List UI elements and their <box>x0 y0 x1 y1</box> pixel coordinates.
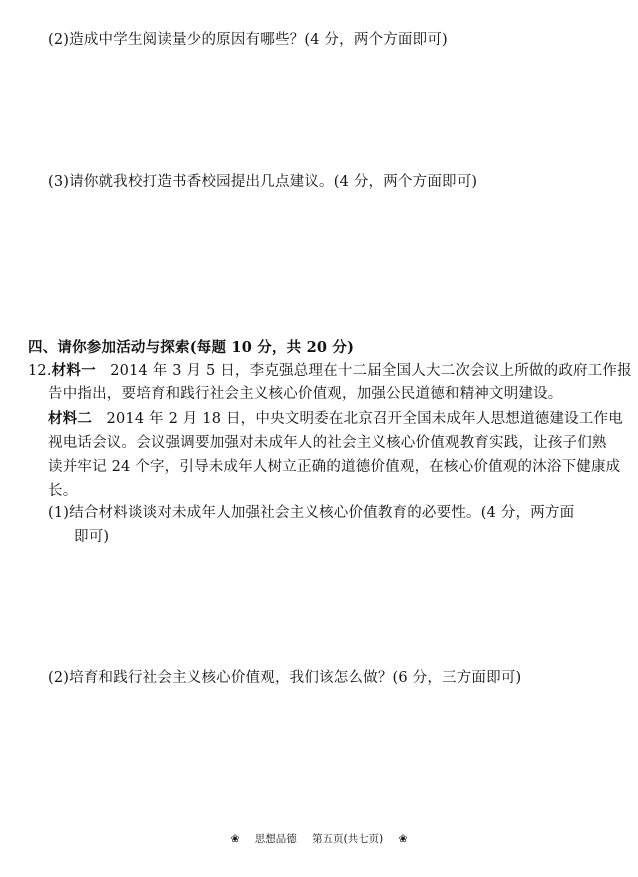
material-2-label: 材料二 <box>48 410 92 427</box>
flower-ornament-icon: ❀ <box>231 833 240 845</box>
question-12-material-1: 12.材料一 2014 年 3 月 5 日，李克强总理在十二届全国人大二次会议上… <box>28 361 632 381</box>
material-1-label: 材料一 <box>52 362 96 379</box>
question-12-1: (1)结合材料谈谈对未成年人加强社会主义核心价值教育的必要性。(4 分，两方面 <box>48 503 574 523</box>
question-11-2: (2)造成中学生阅读量少的原因有哪些？(4 分，两个方面即可) <box>48 30 448 50</box>
material-2-text: 2014 年 2 月 18 日，中央文明委在北京召开全国未成年人思想道德建设工作… <box>107 411 623 427</box>
material-2-line-3: 读并牢记 24 个字，引导未成年人树立正确的道德价值观，在核心价值观的沐浴下健康… <box>48 457 620 477</box>
question-12-material-2: 材料二 2014 年 2 月 18 日，中央文明委在北京召开全国未成年人思想道德… <box>48 409 623 429</box>
question-number: 12. <box>28 363 52 379</box>
material-2-line-2: 视电话会议。会议强调要加强对未成年人的社会主义核心价值观教育实践，让孩子们熟 <box>48 433 607 453</box>
question-12-1-line-2: 即可) <box>74 527 109 547</box>
page-footer: ❀ 思想品德 第五页(共七页) ❀ <box>0 831 638 846</box>
material-1-text: 2014 年 3 月 5 日，李克强总理在十二届全国人大二次会议上所做的政府工作… <box>110 363 632 379</box>
material-2-line-4: 长。 <box>48 481 77 501</box>
page-number: 第五页(共七页) <box>312 833 383 845</box>
flower-ornament-icon: ❀ <box>399 833 408 845</box>
material-1-line-2: 告中指出，要培育和践行社会主义核心价值观，加强公民道德和精神文明建设。 <box>48 384 563 404</box>
subject-label: 思想品德 <box>255 833 297 845</box>
question-11-3: (3)请你就我校打造书香校园提出几点建议。(4 分，两个方面即可) <box>48 172 477 192</box>
question-12-2: (2)培育和践行社会主义核心价值观，我们该怎么做？(6 分，三方面即可) <box>48 668 521 688</box>
section-4-heading: 四、请你参加活动与探索(每题 10 分，共 20 分) <box>28 338 354 358</box>
